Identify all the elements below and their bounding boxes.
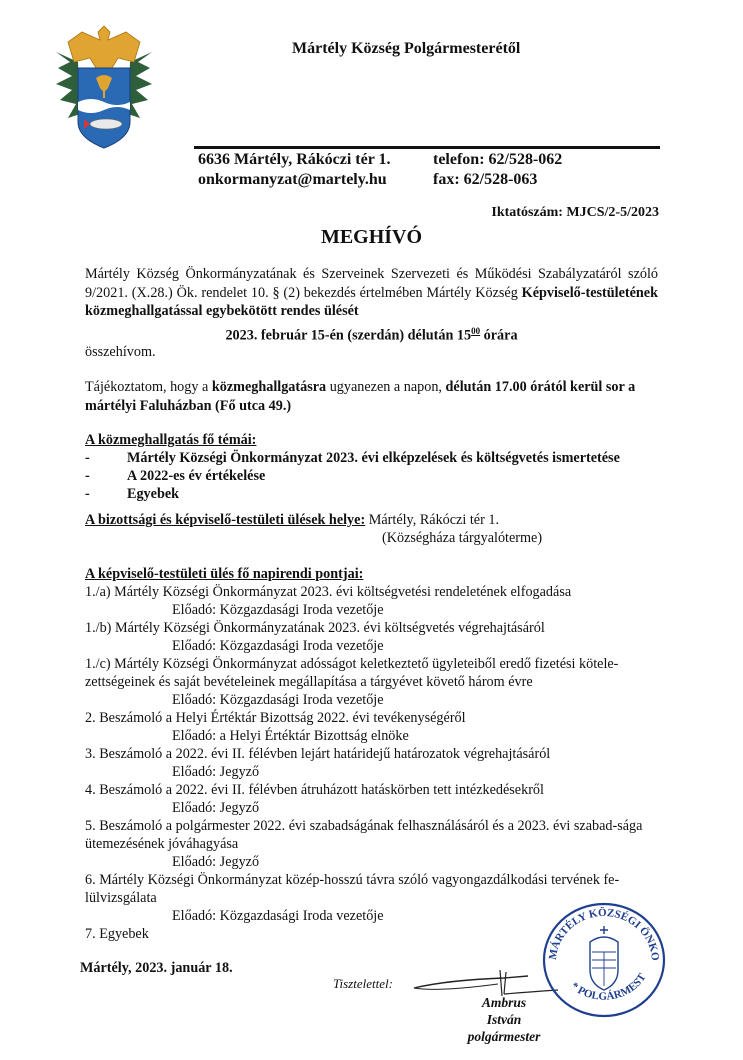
agenda-item: 3. Beszámoló a 2022. évi II. félévben le… xyxy=(85,746,675,764)
address: 6636 Mártély, Rákóczi tér 1. xyxy=(198,151,391,169)
agenda-presenter: Előadó: Jegyző xyxy=(172,764,259,781)
email: onkormanyzat@martely.hu xyxy=(198,171,387,189)
meeting-place-heading: A bizottsági és képviselő-testületi ülés… xyxy=(85,512,365,528)
agenda-item: 1./a) Mártély Községi Önkormányzat 2023.… xyxy=(85,584,675,602)
fax: fax: 62/528-063 xyxy=(433,171,537,189)
agenda-presenter: Előadó: Közgazdasági Iroda vezetője xyxy=(172,638,384,655)
phone: telefon: 62/528-062 xyxy=(433,151,562,169)
meeting-place: A bizottsági és képviselő-testületi ülés… xyxy=(85,512,499,529)
header-divider xyxy=(194,146,660,149)
agenda-presenter: Előadó: a Helyi Értéktár Bizottság elnök… xyxy=(172,728,409,745)
info-paragraph: Tájékoztatom, hogy a közmeghallgatásra u… xyxy=(85,378,658,415)
meeting-place-address: Mártély, Rákóczi tér 1. xyxy=(365,512,499,528)
signer: Ambrus István polgármester xyxy=(466,994,542,1045)
meeting-date: 2023. február 15-én (szerdán) délután 15… xyxy=(0,326,743,345)
agenda-presenter: Előadó: Közgazdasági Iroda vezetője xyxy=(172,602,384,619)
agenda-item: 1./b) Mártély Községi Önkormányzatának 2… xyxy=(85,620,675,638)
public-hearing-heading: A közmeghallgatás fő témái: xyxy=(85,432,256,449)
agenda-presenter: Előadó: Jegyző xyxy=(172,854,259,871)
agenda-item: 5. Beszámoló a polgármester 2022. évi sz… xyxy=(85,818,665,854)
topic-text: Egyebek xyxy=(127,486,179,502)
registry-number: Iktatószám: MJCS/2-5/2023 xyxy=(491,205,659,221)
signer-name: Ambrus István xyxy=(466,994,542,1028)
agenda-presenter: Előadó: Közgazdasági Iroda vezetője xyxy=(172,908,384,925)
document-title: MEGHÍVÓ xyxy=(0,226,743,249)
agenda-presenter: Előadó: Jegyző xyxy=(172,800,259,817)
meeting-date-main: 2023. február 15-én (szerdán) délután 15 xyxy=(225,328,471,344)
meeting-place-room: (Községháza tárgyalóterme) xyxy=(382,530,542,547)
closing-greeting: Tisztelettel: xyxy=(333,976,393,992)
agenda-presenter: Előadó: Közgazdasági Iroda vezetője xyxy=(172,692,384,709)
meeting-date-suffix: órára xyxy=(480,328,517,344)
org-title: Mártély Község Polgármesterétől xyxy=(292,40,520,58)
info-text-1: Tájékoztatom, hogy a xyxy=(85,379,212,395)
agenda-item: 4. Beszámoló a 2022. évi II. félévben át… xyxy=(85,782,675,800)
intro-paragraph: Mártély Község Önkormányzatának és Szerv… xyxy=(85,265,658,321)
info-text-2: közmeghallgatásra xyxy=(212,379,326,395)
info-text-3: ugyanezen a napon, xyxy=(326,379,445,395)
convene-text: összehívom. xyxy=(85,344,156,361)
agenda-heading: A képviselő-testületi ülés fő napirendi … xyxy=(85,566,363,583)
topic-item: -Mártély Községi Önkormányzat 2023. évi … xyxy=(85,450,620,467)
agenda-item: 2. Beszámoló a Helyi Értéktár Bizottság … xyxy=(85,710,675,728)
topic-text: Mártély Községi Önkormányzat 2023. évi e… xyxy=(127,450,620,466)
signer-role: polgármester xyxy=(466,1028,542,1045)
topic-item: -Egyebek xyxy=(85,486,179,503)
official-stamp-icon: MÁRTÉLY KÖZSÉGI ÖNKORMÁNYZAT * POLGÁRMES… xyxy=(538,896,668,1020)
meeting-time-minutes: 00 xyxy=(471,326,480,336)
coat-of-arms-icon xyxy=(48,22,160,150)
agenda-item: 1./c) Mártély Községi Önkormányzat adóss… xyxy=(85,656,665,692)
place-and-date: Mártély, 2023. január 18. xyxy=(80,960,233,977)
topic-text: A 2022-es év értékelése xyxy=(127,468,265,484)
topic-item: -A 2022-es év értékelése xyxy=(85,468,265,485)
